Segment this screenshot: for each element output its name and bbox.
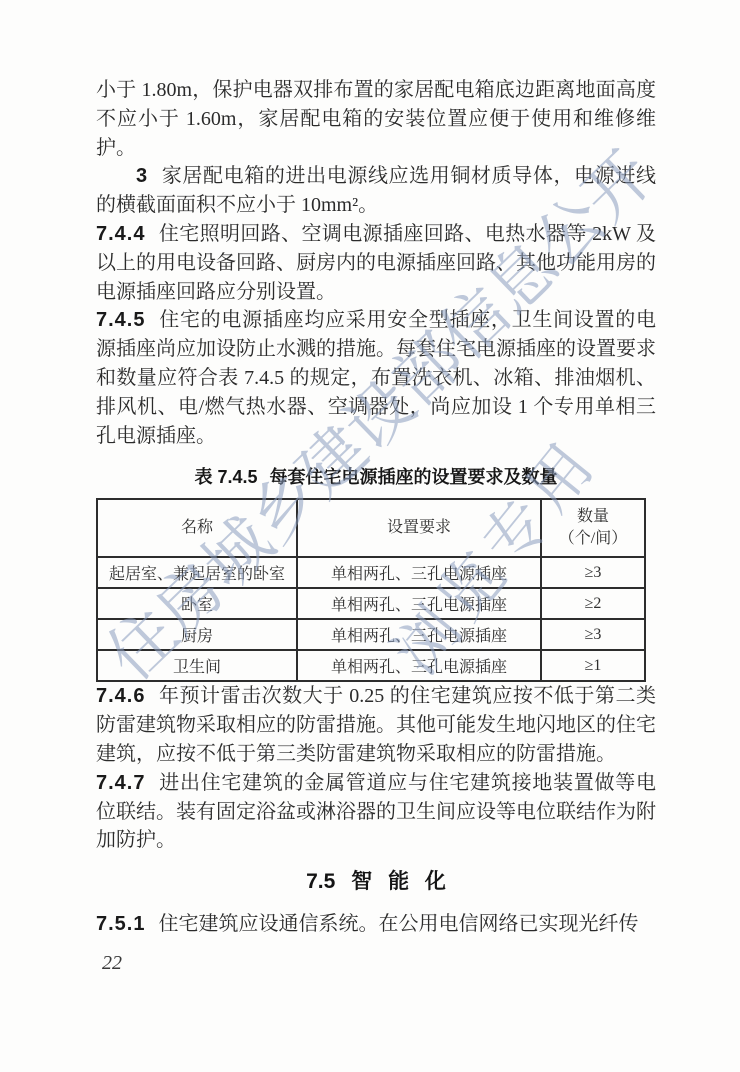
quantity-header-line1: 数量: [542, 506, 644, 528]
table-row: 起居室、兼起居室的卧室 单相两孔、三孔电源插座 ≥3: [97, 557, 645, 588]
paragraph-7-4-7: 7.4.7进出住宅建筑的金属管道应与住宅建筑接地装置做等电位联结。装有固定浴盆或…: [96, 769, 656, 855]
cell-requirement: 单相两孔、三孔电源插座: [297, 619, 541, 650]
cell-name: 卫生间: [97, 650, 297, 681]
scanned-document-page: 小于 1.80m，保护电器双排布置的家居配电箱底边距离地面高度不应小于 1.60…: [0, 0, 740, 1072]
paragraph: 小于 1.80m，保护电器双排布置的家居配电箱底边距离地面高度不应小于 1.60…: [96, 76, 656, 162]
clause-label: 7.4.5: [96, 309, 145, 331]
quantity-header-line2: （个/间）: [542, 528, 644, 550]
cell-requirement: 单相两孔、三孔电源插座: [297, 650, 541, 681]
section-title: 智 能 化: [351, 870, 446, 893]
table-row: 卫生间 单相两孔、三孔电源插座 ≥1: [97, 650, 645, 681]
paragraph-text: 年预计雷击次数大于 0.25 的住宅建筑应按不低于第二类防雷建筑物采取相应的防雷…: [96, 685, 656, 765]
cell-quantity: ≥1: [541, 650, 645, 681]
column-header-requirement: 设置要求: [297, 499, 541, 557]
page-number: 22: [102, 952, 656, 975]
cell-quantity: ≥3: [541, 557, 645, 588]
paragraph-text: 住宅照明回路、空调电源插座回路、电热水器等 2kW 及以上的用电设备回路、厨房内…: [96, 223, 656, 303]
cell-requirement: 单相两孔、三孔电源插座: [297, 557, 541, 588]
section-number: 7.5: [306, 870, 335, 893]
clause-label: 7.5.1: [96, 913, 145, 935]
clause-label: 3: [136, 165, 148, 187]
socket-requirements-table: 名称 设置要求 数量 （个/间） 起居室、兼起居室的卧室 单相两孔、三孔电源插座…: [96, 498, 646, 682]
clause-label: 7.4.4: [96, 223, 145, 245]
cell-name: 起居室、兼起居室的卧室: [97, 557, 297, 588]
column-header-name: 名称: [97, 499, 297, 557]
table-number: 表 7.4.5: [194, 467, 257, 487]
cell-name: 厨房: [97, 619, 297, 650]
column-header-quantity: 数量 （个/间）: [541, 499, 645, 557]
paragraph-7-4-5: 7.4.5住宅的电源插座均应采用安全型插座，卫生间设置的电源插座尚应加设防止水溅…: [96, 306, 656, 450]
cell-quantity: ≥2: [541, 588, 645, 619]
table-header-row: 名称 设置要求 数量 （个/间）: [97, 499, 645, 557]
table-title: 表 7.4.5每套住宅电源插座的设置要求及数量: [96, 463, 656, 489]
paragraph-text: 家居配电箱的进出电源线应选用铜材质导体，电源进线的横截面面积不应小于 10mm²…: [96, 165, 656, 216]
section-heading-7-5: 7.5智 能 化: [96, 865, 656, 895]
table-row: 厨房 单相两孔、三孔电源插座 ≥3: [97, 619, 645, 650]
cell-requirement: 单相两孔、三孔电源插座: [297, 588, 541, 619]
paragraph-7-4-4: 7.4.4住宅照明回路、空调电源插座回路、电热水器等 2kW 及以上的用电设备回…: [96, 220, 656, 306]
paragraph-text: 住宅建筑应设通信系统。在公用电信网络已实现光纤传: [158, 913, 638, 935]
paragraph-7-5-1: 7.5.1住宅建筑应设通信系统。在公用电信网络已实现光纤传: [96, 910, 656, 939]
paragraph-text: 进出住宅建筑的金属管道应与住宅建筑接地装置做等电位联结。装有固定浴盆或淋浴器的卫…: [96, 772, 656, 852]
table-title-text: 每套住宅电源插座的设置要求及数量: [270, 467, 558, 487]
cell-name: 卧室: [97, 588, 297, 619]
paragraph: 3家居配电箱的进出电源线应选用铜材质导体，电源进线的横截面面积不应小于 10mm…: [96, 162, 656, 220]
paragraph-text: 小于 1.80m，保护电器双排布置的家居配电箱底边距离地面高度不应小于 1.60…: [96, 79, 656, 159]
page-content: 小于 1.80m，保护电器双排布置的家居配电箱底边距离地面高度不应小于 1.60…: [96, 76, 656, 975]
clause-label: 7.4.6: [96, 685, 145, 707]
paragraph-7-4-6: 7.4.6年预计雷击次数大于 0.25 的住宅建筑应按不低于第二类防雷建筑物采取…: [96, 682, 656, 768]
paragraph-text: 住宅的电源插座均应采用安全型插座，卫生间设置的电源插座尚应加设防止水溅的措施。每…: [96, 309, 656, 446]
table-row: 卧室 单相两孔、三孔电源插座 ≥2: [97, 588, 645, 619]
cell-quantity: ≥3: [541, 619, 645, 650]
clause-label: 7.4.7: [96, 772, 145, 794]
